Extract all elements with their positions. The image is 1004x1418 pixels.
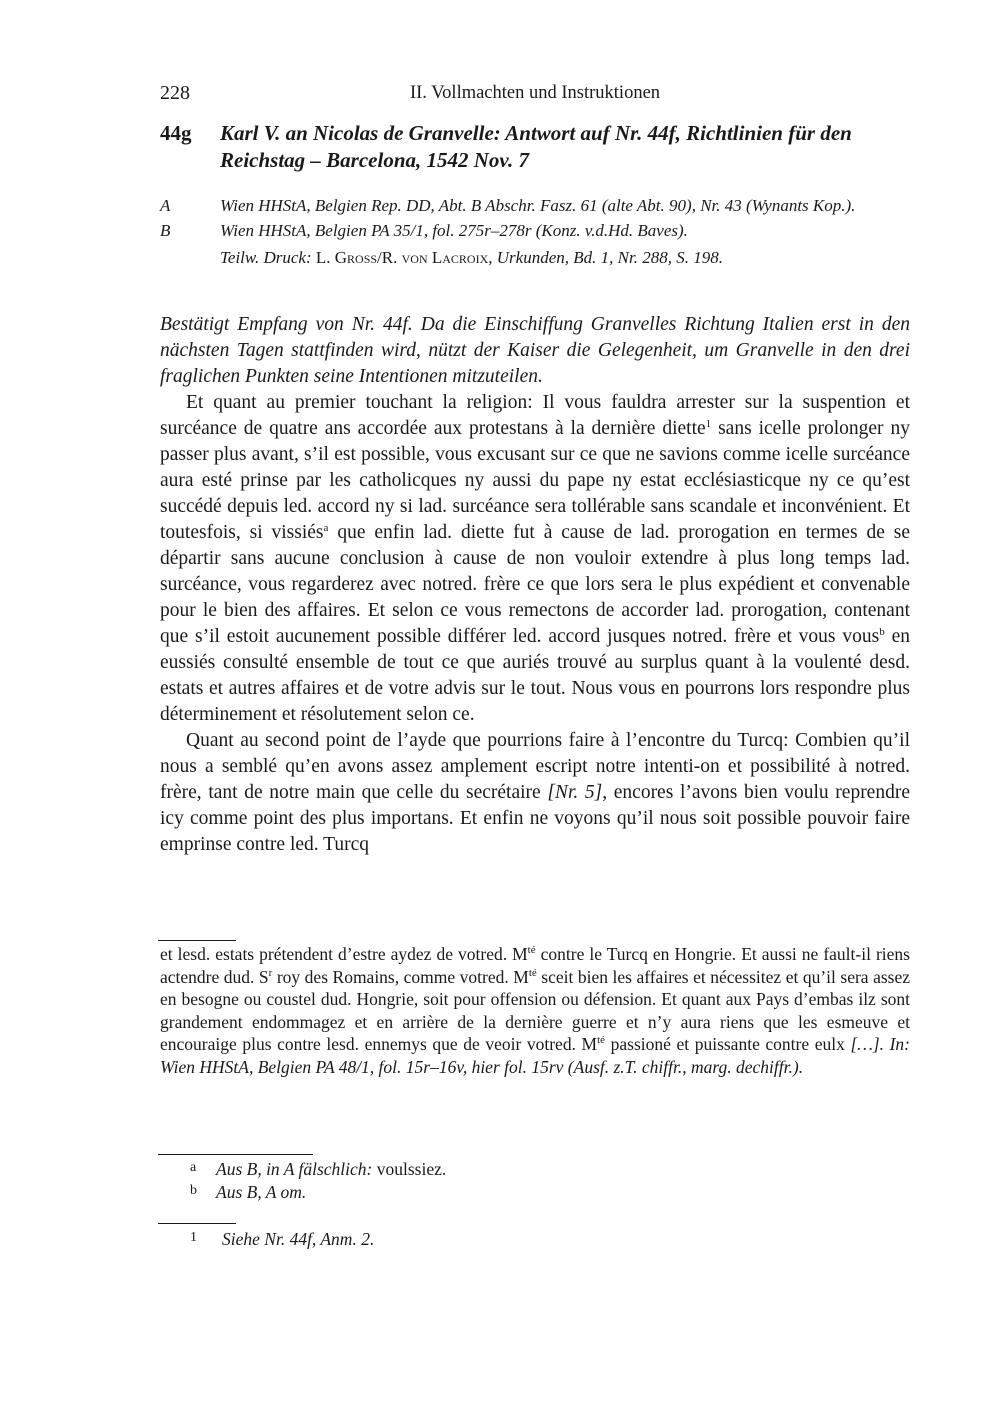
paragraph-religion: Et quant au premier touchant la religion… [160,390,910,728]
text-run: Siehe Nr. 44f, Anm. 2. [222,1229,374,1249]
source-siglum: A [160,195,170,216]
print-reference-rest: Urkunden, Bd. 1, Nr. 288, S. 198. [497,248,723,267]
commentary-notes: 1 Siehe Nr. 44f, Anm. 2. [160,1228,910,1251]
paragraph-turcq: Quant au second point de l’ayde que pour… [160,728,910,858]
source-text: Wien HHStA, Belgien Rep. DD, Abt. B Absc… [220,196,855,215]
print-reference: Teilw. Druck: L. Groß/R. von Lacroix, Ur… [160,247,910,268]
commentary-note-1: 1 Siehe Nr. 44f, Anm. 2. [160,1228,910,1251]
running-head: 228 II. Vollmachten und Instruktionen [160,80,910,106]
comma: , [488,248,497,267]
author-1: Groß [335,248,377,267]
source-b: B Wien HHStA, Belgien PA 35/1, fol. 275r… [160,220,910,241]
cross-reference: [Nr. 5] [547,782,602,803]
text-run: roy des Romains, comme votred. M [272,967,528,987]
note-mark: 1 [190,1227,197,1250]
apparatus-text: Aus B, in A fälschlich: voulssiez. [216,1159,446,1179]
running-section-title: II. Vollmachten und Instruktionen [160,80,910,106]
author-separator: /R. [377,248,402,267]
source-text: Wien HHStA, Belgien PA 35/1, fol. 275r–2… [220,221,688,240]
footnote-rule [158,940,236,941]
apparatus-note-b: b Aus B, A om. [160,1181,910,1204]
apparatus-note-a: a Aus B, in A fälschlich: voulssiez. [160,1158,910,1181]
text-run: et lesd. estats prétendent d’estre aydez… [160,944,528,964]
superscript: té [528,944,536,956]
apparatus-rule [158,1154,313,1155]
text-run: voulssiez. [377,1159,447,1179]
source-list: A Wien HHStA, Belgien Rep. DD, Abt. B Ab… [160,195,910,272]
source-a: A Wien HHStA, Belgien Rep. DD, Abt. B Ab… [160,195,910,216]
text-run: Aus B, A om. [216,1182,306,1202]
text-apparatus: a Aus B, in A fälschlich: voulssiez. b A… [160,1158,910,1204]
notes-rule [158,1223,236,1224]
text-run: Aus B, in A fälschlich: [216,1159,377,1179]
print-reference-label: Teilw. Druck: [220,248,312,267]
author-1-initial: L. [316,248,335,267]
apparatus-text: Aus B, A om. [216,1182,306,1202]
superscript: té [529,967,537,979]
text-run: passioné et puissante contre eulx [605,1034,850,1054]
superscript: té [597,1034,605,1046]
quote-note: et lesd. estats prétendent d’estre aydez… [160,943,910,1078]
regest: Bestätigt Empfang von Nr. 44f. Da die Ei… [160,312,910,390]
source-siglum: B [160,220,170,241]
note-text: Siehe Nr. 44f, Anm. 2. [222,1229,374,1249]
document-title: Karl V. an Nicolas de Granvelle: Antwort… [220,120,912,174]
author-2: von Lacroix [402,248,489,267]
apparatus-mark: a [190,1157,196,1180]
body-text: Et quant au premier touchant la religion… [160,390,910,858]
document-number: 44g [160,120,192,147]
apparatus-mark: b [190,1180,197,1203]
